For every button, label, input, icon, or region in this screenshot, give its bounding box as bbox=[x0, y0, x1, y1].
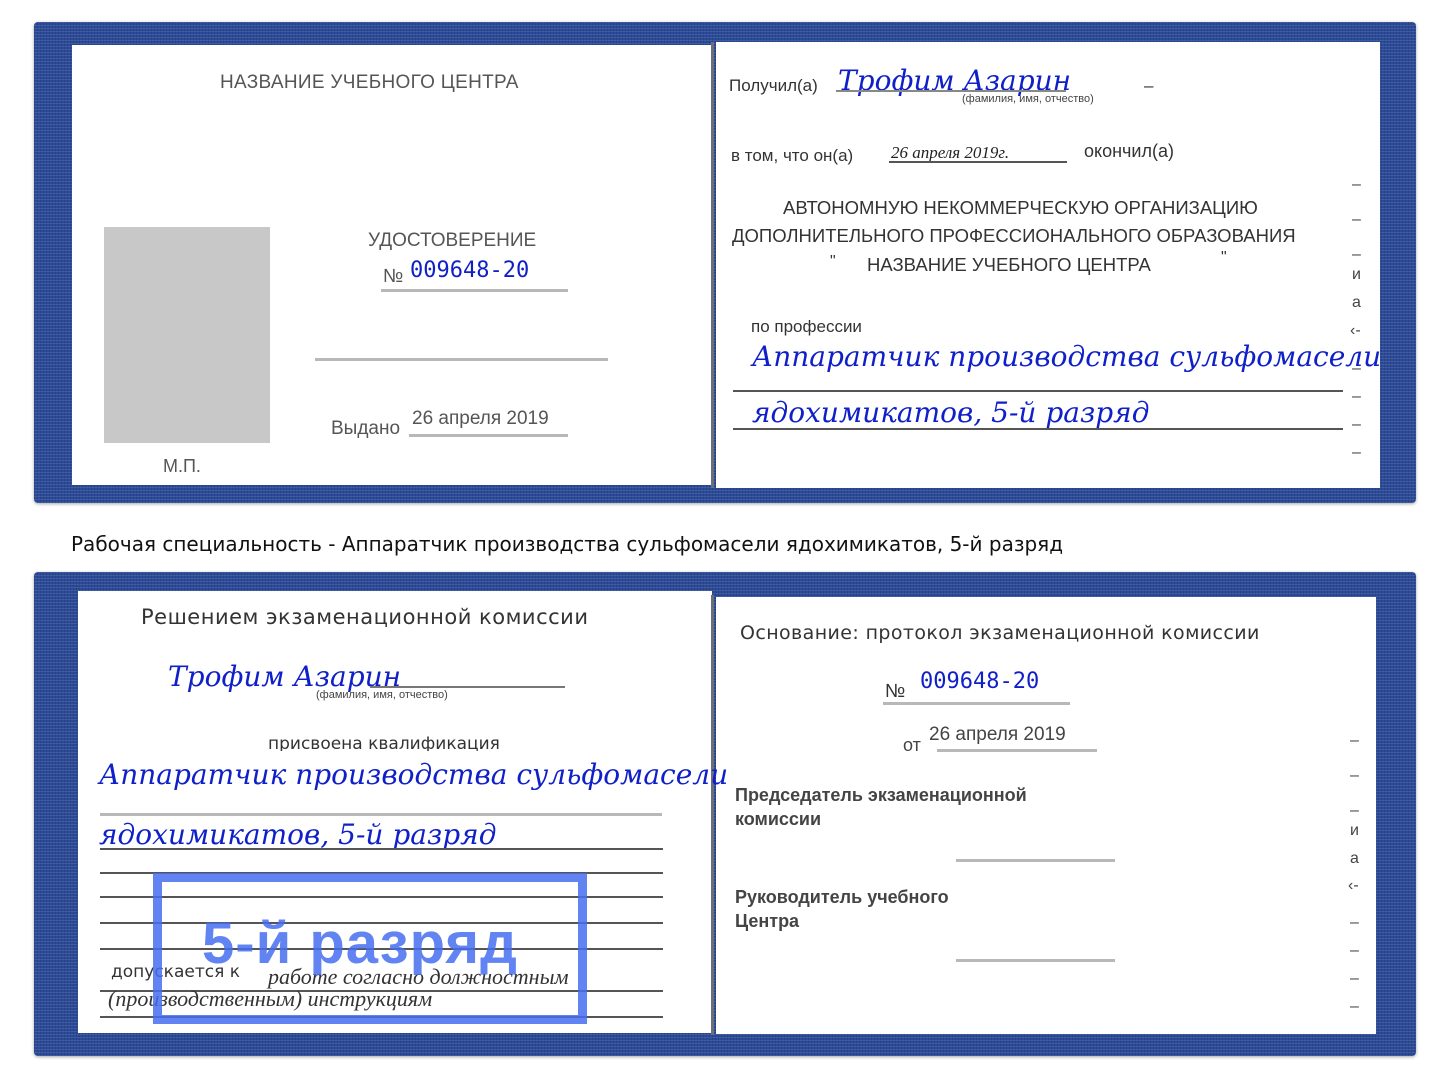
recipient-underline bbox=[836, 90, 1066, 92]
completion-date: 26 апреля 2019г. bbox=[891, 143, 1009, 163]
qualification-line-1: Аппаратчик производства сульфомасели bbox=[99, 758, 728, 791]
org-close-quote: " bbox=[1221, 249, 1227, 267]
org-open-quote: " bbox=[830, 253, 836, 271]
profession-line-1: Аппаратчик производства сульфомасели bbox=[752, 340, 1381, 373]
issued-underline bbox=[409, 434, 568, 437]
bottom-name-underline bbox=[370, 686, 565, 688]
chair-label-1: Председатель экзаменационной bbox=[735, 785, 1027, 806]
protocol-number-label: № bbox=[885, 681, 905, 703]
bottom-spine bbox=[711, 595, 714, 1035]
grade-stamp-text: 5-й разряд bbox=[202, 910, 518, 977]
blank-line bbox=[315, 358, 608, 361]
head-signature-line bbox=[956, 959, 1115, 962]
from-label: от bbox=[903, 735, 921, 756]
profession-underline-1 bbox=[733, 390, 1343, 392]
org-line-3: НАЗВАНИЕ УЧЕБНОГО ЦЕНТРА bbox=[867, 254, 1151, 276]
received-label: Получил(а) bbox=[729, 76, 818, 96]
decision-title: Решением экзаменационной комиссии bbox=[141, 605, 588, 629]
chair-label-2: комиссии bbox=[735, 809, 821, 830]
finished-label: окончил(а) bbox=[1084, 141, 1174, 162]
dash-mark: – bbox=[1144, 76, 1153, 96]
from-date-underline bbox=[937, 749, 1097, 752]
org-line-2: ДОПОЛНИТЕЛЬНОГО ПРОФЕССИОНАЛЬНОГО ОБРАЗО… bbox=[732, 225, 1296, 247]
doc-title: УДОСТОВЕРЕНИЕ bbox=[368, 230, 536, 252]
basis-title: Основание: протокол экзаменационной коми… bbox=[740, 622, 1260, 644]
protocol-number-underline bbox=[883, 702, 1070, 705]
qualification-underline-1 bbox=[100, 813, 662, 816]
that-label: в том, что он(а) bbox=[731, 146, 853, 166]
head-label-2: Центра bbox=[735, 911, 799, 932]
issued-date: 26 апреля 2019 bbox=[412, 408, 549, 430]
name-caption: (фамилия, имя, отчество) bbox=[962, 93, 1094, 105]
specialty-caption: Рабочая специальность - Аппаратчик произ… bbox=[71, 532, 1063, 556]
issued-label: Выдано bbox=[331, 418, 400, 440]
protocol-number: 009648-20 bbox=[920, 669, 1039, 694]
certificate-number: 009648-20 bbox=[410, 258, 529, 283]
org-line-1: АВТОНОМНУЮ НЕКОММЕРЧЕСКУЮ ОРГАНИЗАЦИЮ bbox=[783, 197, 1258, 219]
chair-signature-line bbox=[956, 859, 1115, 862]
profession-label: по профессии bbox=[751, 317, 862, 337]
bottom-name-caption: (фамилия, имя, отчество) bbox=[316, 689, 448, 701]
profession-underline-2 bbox=[733, 428, 1343, 430]
head-label-1: Руководитель учебного bbox=[735, 887, 949, 908]
number-underline bbox=[381, 289, 568, 292]
qualification-line-2: ядохимикатов, 5-й разряд bbox=[99, 818, 496, 851]
photo-placeholder bbox=[104, 227, 270, 443]
profession-line-2: ядохимикатов, 5-й разряд bbox=[752, 396, 1149, 429]
center-name-heading: НАЗВАНИЕ УЧЕБНОГО ЦЕНТРА bbox=[220, 72, 519, 94]
top-spine bbox=[711, 42, 714, 488]
number-label: № bbox=[383, 266, 403, 288]
from-date: 26 апреля 2019 bbox=[929, 724, 1066, 746]
stamp-place-label: М.П. bbox=[163, 456, 201, 477]
completion-underline bbox=[889, 161, 1067, 163]
qualification-label: присвоена квалификация bbox=[268, 734, 500, 751]
